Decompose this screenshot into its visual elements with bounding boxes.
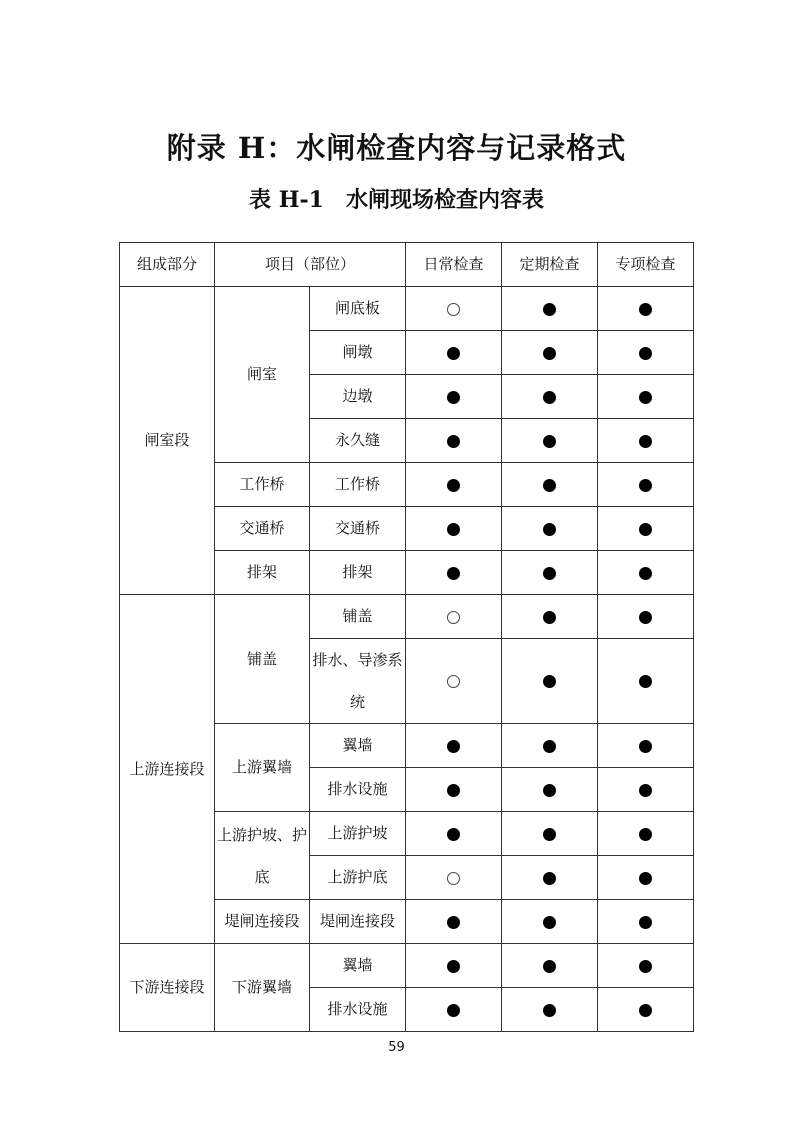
filled-circle-icon <box>543 960 556 973</box>
group-cell: 上游连接段 <box>120 595 215 944</box>
filled-circle-icon <box>543 347 556 360</box>
daily-cell <box>406 768 502 812</box>
filled-circle-icon <box>639 960 652 973</box>
periodic-cell <box>502 463 598 507</box>
filled-circle-icon <box>447 1004 460 1017</box>
part-cell: 闸墩 <box>310 331 406 375</box>
open-circle-icon <box>447 675 460 688</box>
table-number: 表 H-1 <box>249 187 324 213</box>
item-cell: 闸室 <box>215 287 310 463</box>
filled-circle-icon <box>639 611 652 624</box>
filled-circle-icon <box>543 479 556 492</box>
periodic-cell <box>502 507 598 551</box>
periodic-cell <box>502 988 598 1032</box>
table-caption: 表 H-1水闸现场检查内容表 <box>0 183 793 214</box>
special-cell <box>598 551 694 595</box>
open-circle-icon <box>447 611 460 624</box>
periodic-cell <box>502 856 598 900</box>
special-cell <box>598 419 694 463</box>
periodic-cell <box>502 724 598 768</box>
item-cell: 堤闸连接段 <box>215 900 310 944</box>
filled-circle-icon <box>543 740 556 753</box>
filled-circle-icon <box>639 784 652 797</box>
special-cell <box>598 856 694 900</box>
table-row: 上游连接段 铺盖 铺盖 <box>120 595 694 639</box>
special-cell <box>598 900 694 944</box>
filled-circle-icon <box>543 872 556 885</box>
daily-cell <box>406 331 502 375</box>
item-cell: 铺盖 <box>215 595 310 724</box>
group-cell: 下游连接段 <box>120 944 215 1032</box>
filled-circle-icon <box>543 391 556 404</box>
header-component: 组成部分 <box>120 243 215 287</box>
filled-circle-icon <box>447 916 460 929</box>
item-cell: 上游翼墙 <box>215 724 310 812</box>
table-row: 闸室段 闸室 闸底板 <box>120 287 694 331</box>
item-cell: 上游护坡、护底 <box>215 812 310 900</box>
filled-circle-icon <box>447 828 460 841</box>
filled-circle-icon <box>543 784 556 797</box>
filled-circle-icon <box>447 960 460 973</box>
daily-cell <box>406 595 502 639</box>
daily-cell <box>406 287 502 331</box>
periodic-cell <box>502 812 598 856</box>
filled-circle-icon <box>639 347 652 360</box>
header-daily: 日常检查 <box>406 243 502 287</box>
periodic-cell <box>502 768 598 812</box>
periodic-cell <box>502 419 598 463</box>
special-cell <box>598 595 694 639</box>
item-cell: 工作桥 <box>215 463 310 507</box>
header-special: 专项检查 <box>598 243 694 287</box>
special-cell <box>598 287 694 331</box>
special-cell <box>598 639 694 724</box>
filled-circle-icon <box>639 303 652 316</box>
daily-cell <box>406 944 502 988</box>
part-cell: 翼墙 <box>310 944 406 988</box>
periodic-cell <box>502 595 598 639</box>
part-cell: 闸底板 <box>310 287 406 331</box>
item-cell: 下游翼墙 <box>215 944 310 1032</box>
periodic-cell <box>502 944 598 988</box>
filled-circle-icon <box>543 567 556 580</box>
part-cell: 排水、导渗系统 <box>310 639 406 724</box>
filled-circle-icon <box>639 479 652 492</box>
part-cell: 工作桥 <box>310 463 406 507</box>
filled-circle-icon <box>447 391 460 404</box>
special-cell <box>598 944 694 988</box>
part-cell: 排架 <box>310 551 406 595</box>
part-cell: 上游护底 <box>310 856 406 900</box>
filled-circle-icon <box>543 523 556 536</box>
group-cell: 闸室段 <box>120 287 215 595</box>
filled-circle-icon <box>639 1004 652 1017</box>
part-cell: 排水设施 <box>310 988 406 1032</box>
table-caption-text: 水闸现场检查内容表 <box>346 187 544 213</box>
special-cell <box>598 375 694 419</box>
inspection-table: 组成部分 项目（部位） 日常检查 定期检查 专项检查 闸室段 闸室 闸底板 闸墩… <box>119 242 694 1032</box>
filled-circle-icon <box>639 916 652 929</box>
periodic-cell <box>502 900 598 944</box>
periodic-cell <box>502 331 598 375</box>
open-circle-icon <box>447 303 460 316</box>
filled-circle-icon <box>543 1004 556 1017</box>
daily-cell <box>406 856 502 900</box>
special-cell <box>598 768 694 812</box>
filled-circle-icon <box>543 828 556 841</box>
special-cell <box>598 812 694 856</box>
daily-cell <box>406 900 502 944</box>
filled-circle-icon <box>639 872 652 885</box>
filled-circle-icon <box>447 347 460 360</box>
filled-circle-icon <box>447 740 460 753</box>
daily-cell <box>406 419 502 463</box>
filled-circle-icon <box>639 675 652 688</box>
filled-circle-icon <box>639 740 652 753</box>
filled-circle-icon <box>639 567 652 580</box>
special-cell <box>598 507 694 551</box>
special-cell <box>598 463 694 507</box>
item-cell: 交通桥 <box>215 507 310 551</box>
part-cell: 交通桥 <box>310 507 406 551</box>
filled-circle-icon <box>447 784 460 797</box>
periodic-cell <box>502 287 598 331</box>
filled-circle-icon <box>639 435 652 448</box>
filled-circle-icon <box>447 567 460 580</box>
item-cell: 排架 <box>215 551 310 595</box>
part-cell: 铺盖 <box>310 595 406 639</box>
daily-cell <box>406 375 502 419</box>
special-cell <box>598 988 694 1032</box>
filled-circle-icon <box>543 611 556 624</box>
open-circle-icon <box>447 872 460 885</box>
part-cell: 永久缝 <box>310 419 406 463</box>
part-cell: 排水设施 <box>310 768 406 812</box>
filled-circle-icon <box>447 435 460 448</box>
daily-cell <box>406 812 502 856</box>
daily-cell <box>406 551 502 595</box>
part-cell: 翼墙 <box>310 724 406 768</box>
part-cell: 堤闸连接段 <box>310 900 406 944</box>
table-header-row: 组成部分 项目（部位） 日常检查 定期检查 专项检查 <box>120 243 694 287</box>
daily-cell <box>406 988 502 1032</box>
periodic-cell <box>502 639 598 724</box>
daily-cell <box>406 639 502 724</box>
special-cell <box>598 724 694 768</box>
daily-cell <box>406 463 502 507</box>
daily-cell <box>406 507 502 551</box>
filled-circle-icon <box>543 435 556 448</box>
page-number: 59 <box>0 1040 793 1055</box>
filled-circle-icon <box>543 916 556 929</box>
filled-circle-icon <box>447 523 460 536</box>
table-row: 下游连接段 下游翼墙 翼墙 <box>120 944 694 988</box>
header-item: 项目（部位） <box>215 243 406 287</box>
periodic-cell <box>502 551 598 595</box>
page-title: 附录 H：水闸检查内容与记录格式 <box>0 126 793 167</box>
periodic-cell <box>502 375 598 419</box>
filled-circle-icon <box>639 523 652 536</box>
daily-cell <box>406 724 502 768</box>
filled-circle-icon <box>447 479 460 492</box>
filled-circle-icon <box>639 391 652 404</box>
filled-circle-icon <box>639 828 652 841</box>
special-cell <box>598 331 694 375</box>
filled-circle-icon <box>543 675 556 688</box>
filled-circle-icon <box>543 303 556 316</box>
part-cell: 边墩 <box>310 375 406 419</box>
part-cell: 上游护坡 <box>310 812 406 856</box>
header-periodic: 定期检查 <box>502 243 598 287</box>
